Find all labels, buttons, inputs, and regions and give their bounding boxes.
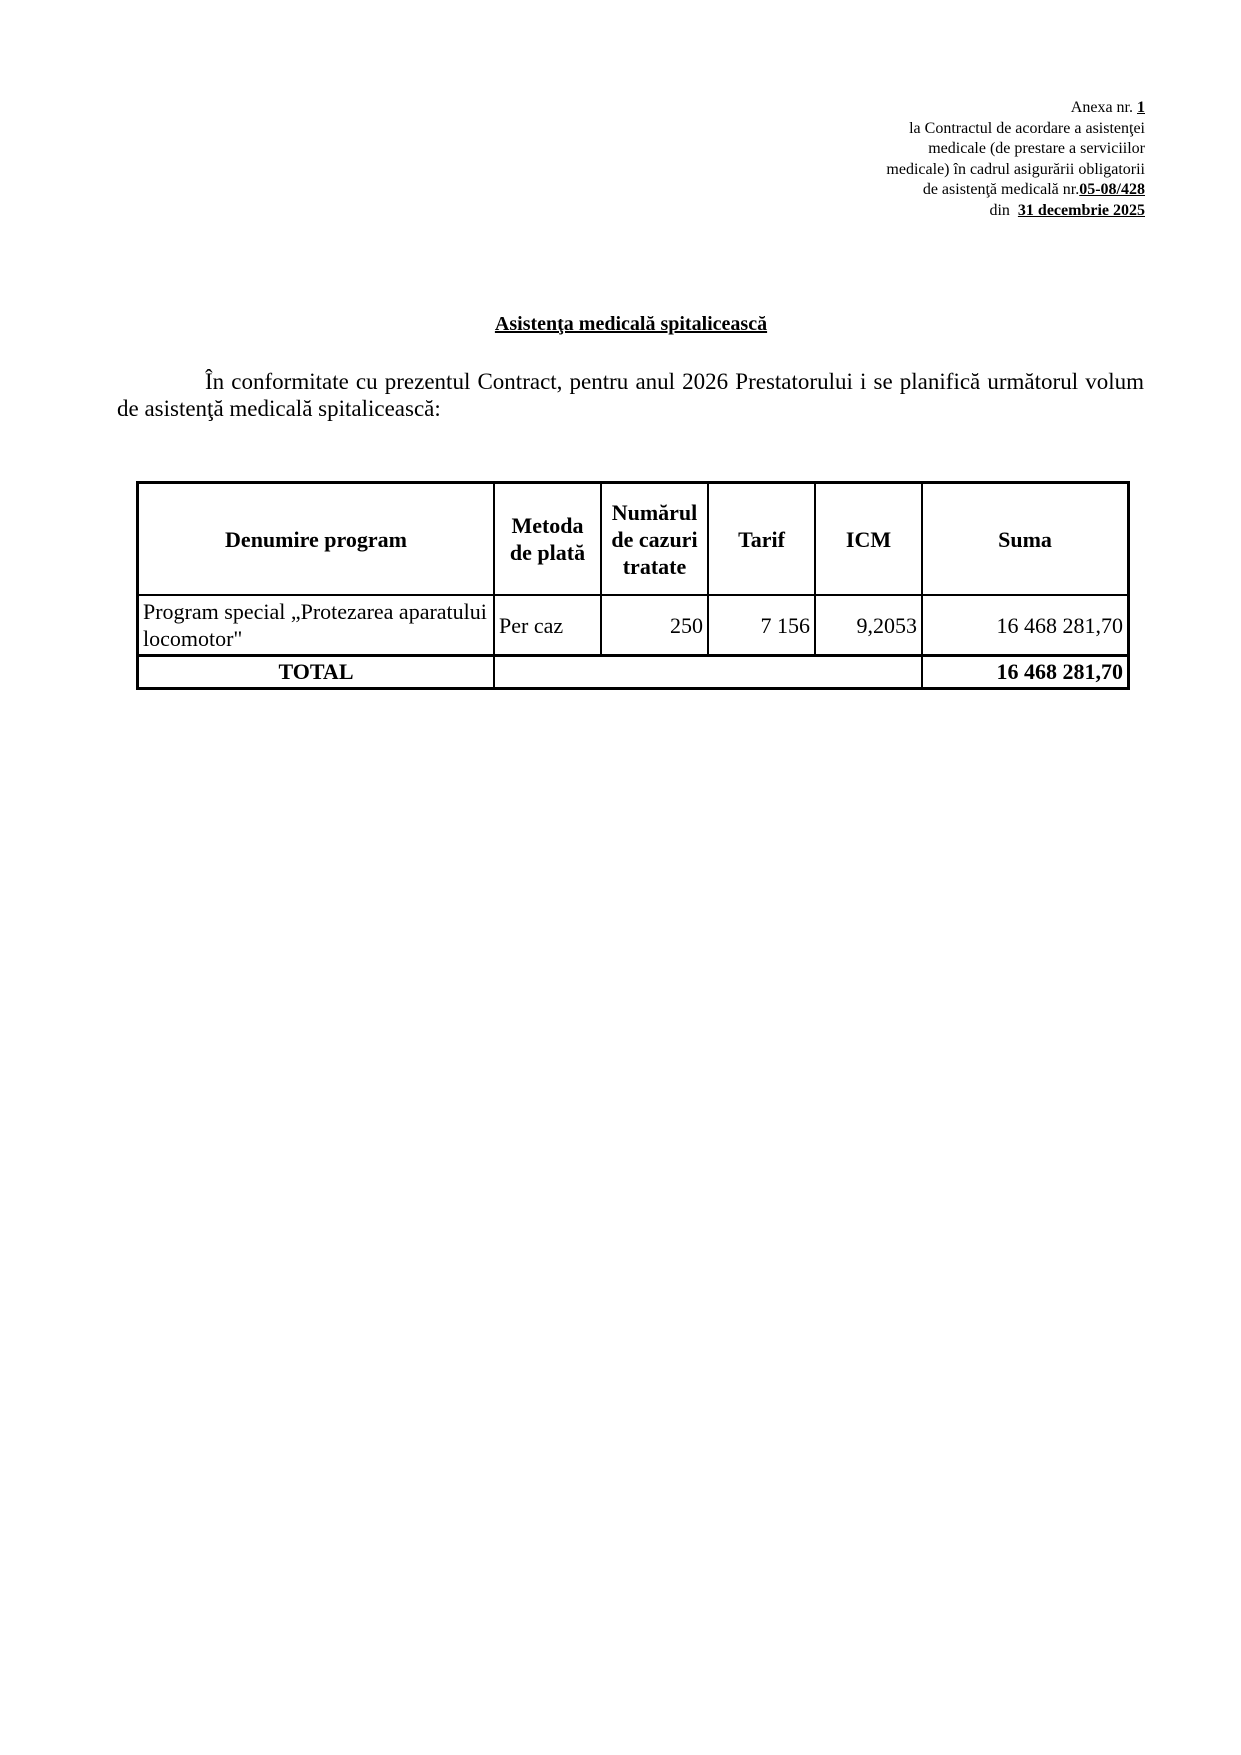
annex-line-5: de asistenţă medicală nr.05-08/428 (886, 180, 1145, 201)
cell-sum: 16 468 281,70 (922, 595, 1129, 656)
annex-header: Anexa nr. 1 la Contractul de acordare a … (886, 98, 1145, 221)
contract-date: 31 decembrie 2025 (1018, 202, 1145, 219)
annex-line-3: medicale (de prestare a serviciilor (886, 139, 1145, 160)
contract-number: 05-08/428 (1079, 181, 1145, 198)
header-sum: Suma (922, 483, 1129, 596)
table-row: Program special „Protezarea aparatului l… (138, 595, 1129, 656)
header-tariff: Tarif (708, 483, 815, 596)
header-payment-method: Metoda de plată (494, 483, 601, 596)
plan-table: Denumire program Metoda de plată Numărul… (136, 481, 1130, 690)
total-sum: 16 468 281,70 (922, 656, 1129, 689)
total-row: TOTAL 16 468 281,70 (138, 656, 1129, 689)
annex-line-4: medicale) în cadrul asigurării obligator… (886, 160, 1145, 181)
document-title: Asistenţa medicală spitalicească (0, 313, 1241, 336)
intro-paragraph: În conformitate cu prezentul Contract, p… (117, 368, 1144, 422)
cell-icm: 9,2053 (815, 595, 922, 656)
header-cases: Numărul de cazuri tratate (601, 483, 708, 596)
annex-line-6: din 31 decembrie 2025 (886, 201, 1145, 222)
header-program: Denumire program (138, 483, 495, 596)
total-empty-cell (494, 656, 922, 689)
cell-program: Program special „Protezarea aparatului l… (138, 595, 495, 656)
annex-number: 1 (1137, 99, 1145, 116)
annex-line-2: la Contractul de acordare a asistenţei (886, 119, 1145, 140)
annex-line-1: Anexa nr. 1 (886, 98, 1145, 119)
table-header-row: Denumire program Metoda de plată Numărul… (138, 483, 1129, 596)
cell-payment-method: Per caz (494, 595, 601, 656)
cell-cases: 250 (601, 595, 708, 656)
cell-tariff: 7 156 (708, 595, 815, 656)
total-label: TOTAL (138, 656, 495, 689)
header-icm: ICM (815, 483, 922, 596)
